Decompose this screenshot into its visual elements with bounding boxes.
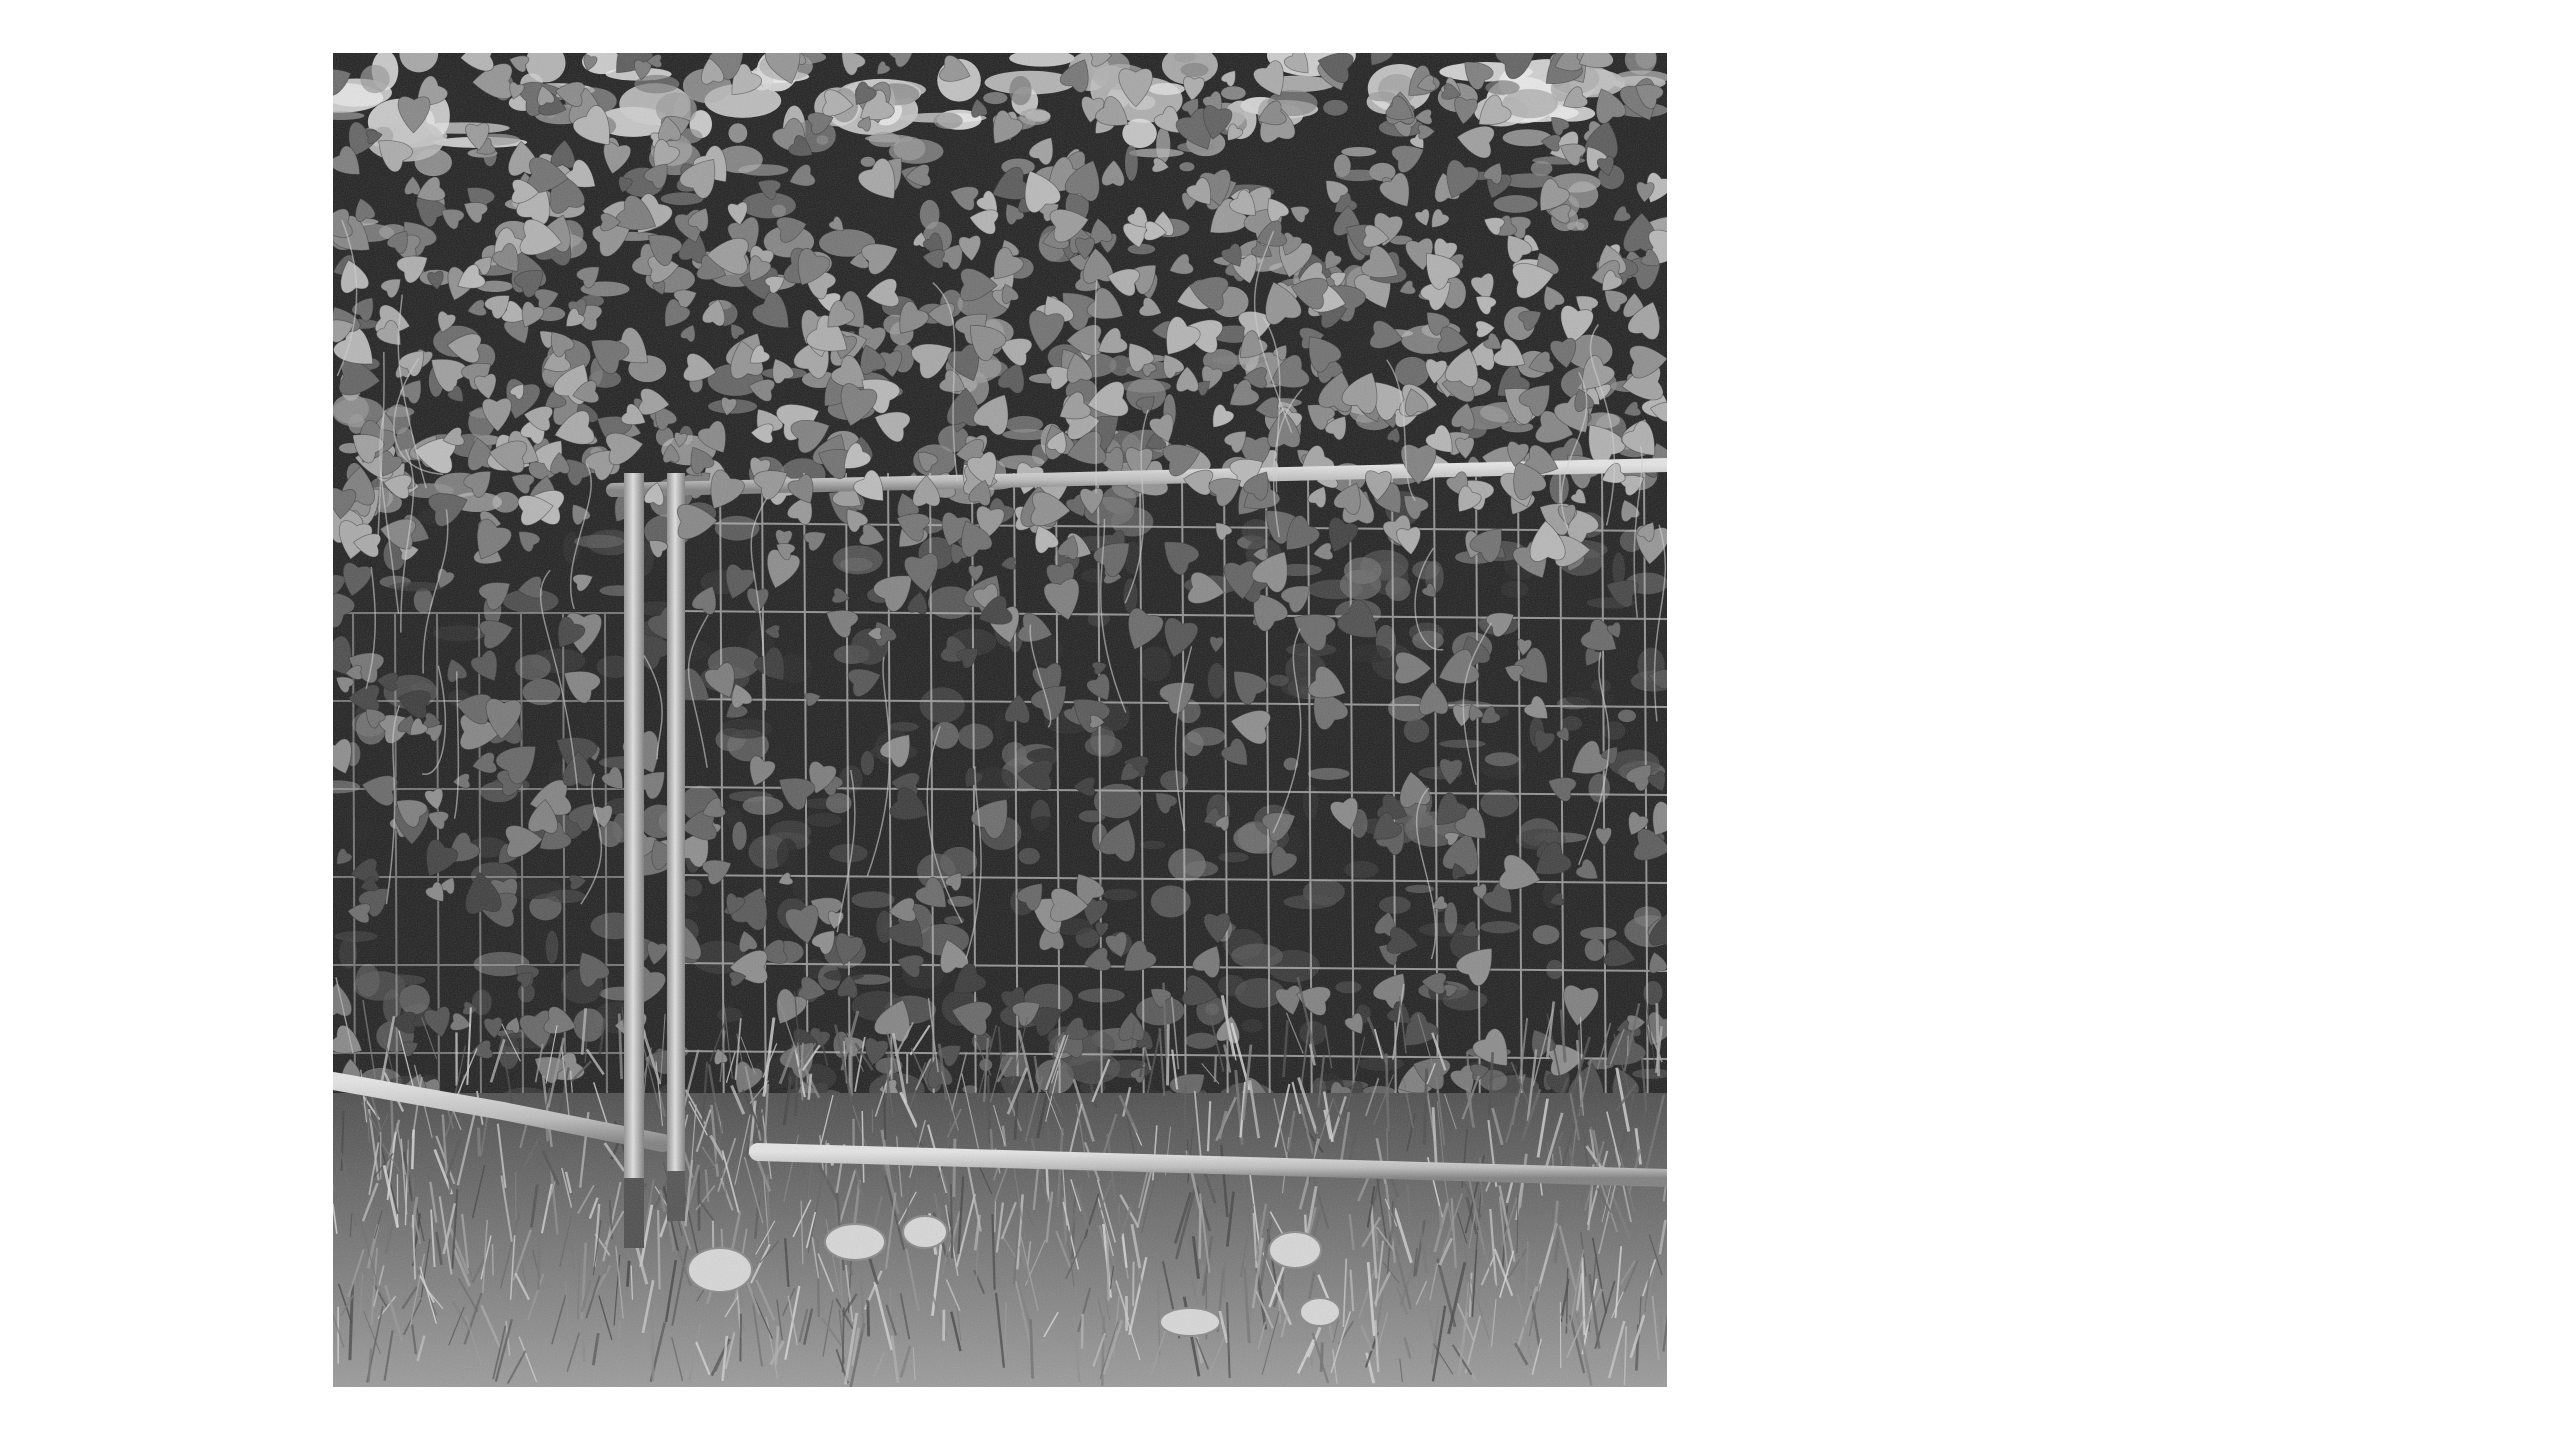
- photo-scene: [333, 53, 1667, 1387]
- fence-photo: [333, 53, 1667, 1387]
